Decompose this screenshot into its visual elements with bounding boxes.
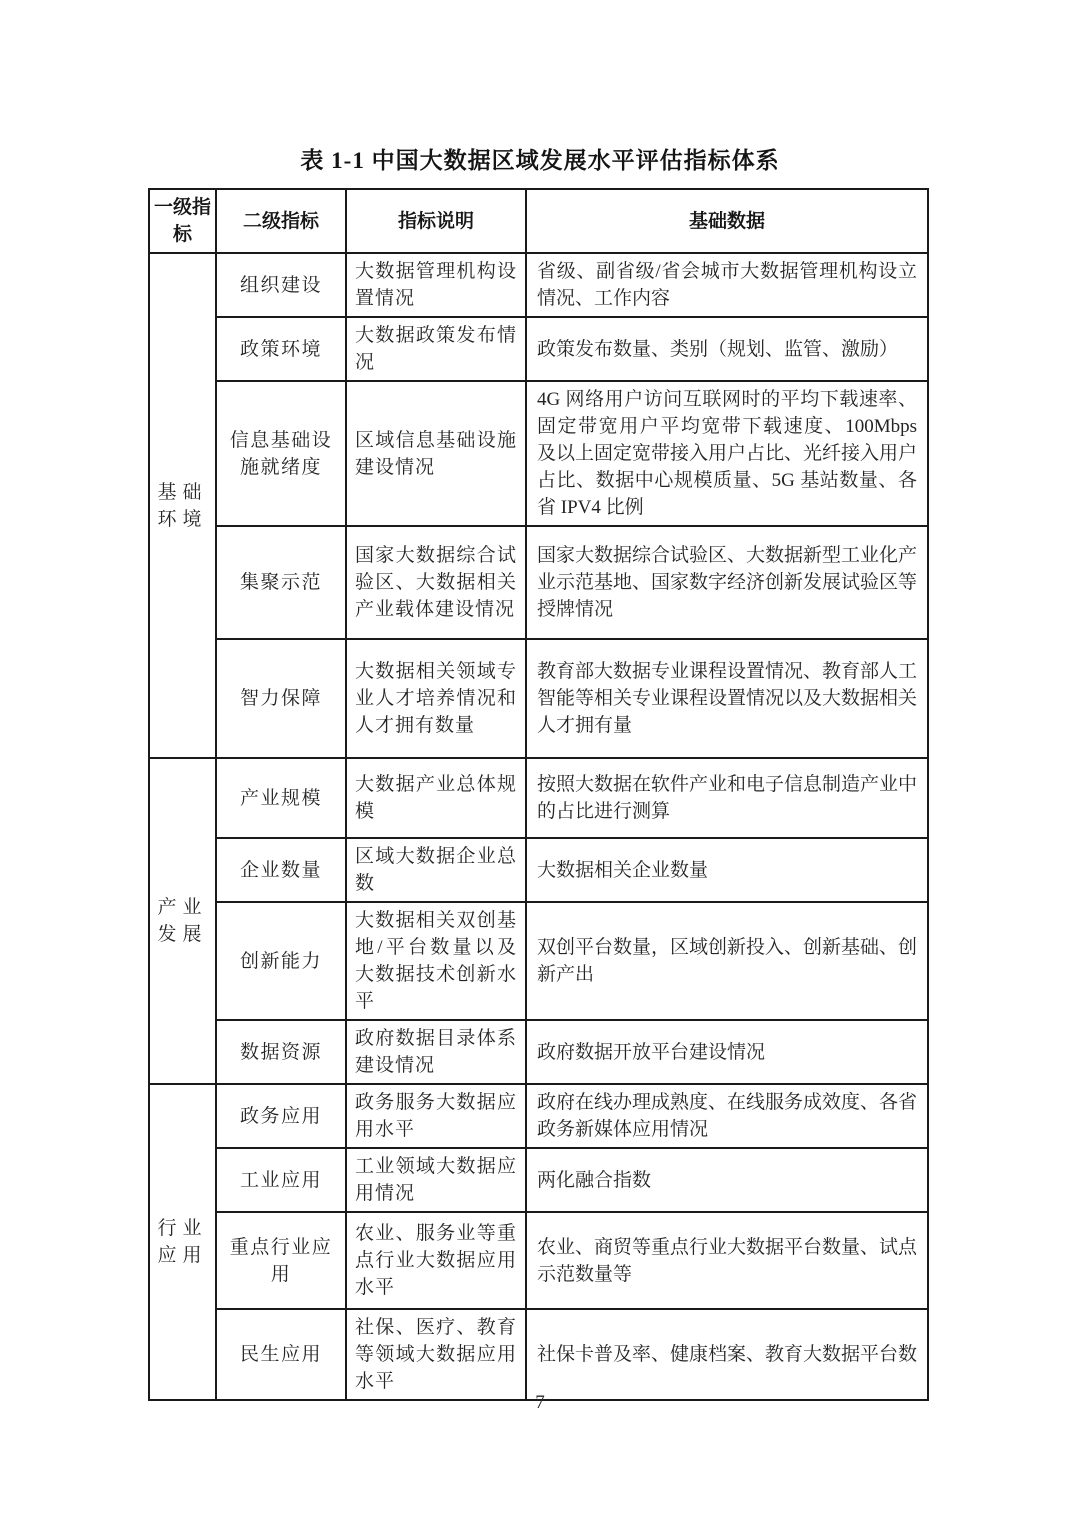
column-header-level1: 一级指标 bbox=[149, 189, 216, 253]
basic-data-cell: 政府在线办理成熟度、在线服务成效度、各省政务新媒体应用情况 bbox=[526, 1084, 928, 1148]
basic-data-cell: 省级、副省级/省会城市大数据管理机构设立情况、工作内容 bbox=[526, 253, 928, 317]
level2-indicator-cell: 政策环境 bbox=[216, 317, 346, 381]
table-row: 行业应用政务应用政务服务大数据应用水平政府在线办理成熟度、在线服务成效度、各省政… bbox=[149, 1084, 928, 1148]
table-row: 产业发展产业规模大数据产业总体规模按照大数据在软件产业和电子信息制造产业中的占比… bbox=[149, 758, 928, 838]
table-row: 数据资源政府数据目录体系建设情况政府数据开放平台建设情况 bbox=[149, 1020, 928, 1084]
indicator-table: 一级指标 二级指标 指标说明 基础数据 基础环境组织建设大数据管理机构设置情况省… bbox=[148, 188, 929, 1401]
level2-indicator-cell: 产业规模 bbox=[216, 758, 346, 838]
table-row: 集聚示范国家大数据综合试验区、大数据相关产业载体建设情况国家大数据综合试验区、大… bbox=[149, 526, 928, 639]
level2-indicator-cell: 数据资源 bbox=[216, 1020, 346, 1084]
table-body: 基础环境组织建设大数据管理机构设置情况省级、副省级/省会城市大数据管理机构设立情… bbox=[149, 253, 928, 1400]
table-row: 工业应用工业领域大数据应用情况两化融合指数 bbox=[149, 1148, 928, 1212]
document-page: { "page": { "title": "表 1-1 中国大数据区域发展水平评… bbox=[0, 0, 1080, 1527]
level1-indicator-cell: 产业发展 bbox=[149, 758, 216, 1084]
level2-indicator-cell: 集聚示范 bbox=[216, 526, 346, 639]
indicator-description-cell: 政府数据目录体系建设情况 bbox=[346, 1020, 526, 1084]
indicator-description-cell: 政务服务大数据应用水平 bbox=[346, 1084, 526, 1148]
column-header-basic-data: 基础数据 bbox=[526, 189, 928, 253]
basic-data-cell: 教育部大数据专业课程设置情况、教育部人工智能等相关专业课程设置情况以及大数据相关… bbox=[526, 639, 928, 758]
table-row: 民生应用社保、医疗、教育等领域大数据应用水平社保卡普及率、健康档案、教育大数据平… bbox=[149, 1309, 928, 1400]
table-row: 智力保障大数据相关领域专业人才培养情况和人才拥有数量教育部大数据专业课程设置情况… bbox=[149, 639, 928, 758]
basic-data-cell: 国家大数据综合试验区、大数据新型工业化产业示范基地、国家数字经济创新发展试验区等… bbox=[526, 526, 928, 639]
table-row: 企业数量区域大数据企业总数大数据相关企业数量 bbox=[149, 838, 928, 902]
basic-data-cell: 4G 网络用户访问互联网时的平均下载速率、固定带宽用户平均宽带下载速度、100M… bbox=[526, 381, 928, 526]
page-number: 7 bbox=[0, 1392, 1080, 1414]
basic-data-cell: 按照大数据在软件产业和电子信息制造产业中的占比进行测算 bbox=[526, 758, 928, 838]
indicator-description-cell: 大数据相关双创基地/平台数量以及大数据技术创新水平 bbox=[346, 902, 526, 1020]
indicator-description-cell: 大数据相关领域专业人才培养情况和人才拥有数量 bbox=[346, 639, 526, 758]
indicator-description-cell: 区域大数据企业总数 bbox=[346, 838, 526, 902]
indicator-description-cell: 工业领域大数据应用情况 bbox=[346, 1148, 526, 1212]
indicator-description-cell: 农业、服务业等重点行业大数据应用水平 bbox=[346, 1212, 526, 1309]
table-row: 创新能力大数据相关双创基地/平台数量以及大数据技术创新水平双创平台数量，区域创新… bbox=[149, 902, 928, 1020]
basic-data-cell: 双创平台数量，区域创新投入、创新基础、创新产出 bbox=[526, 902, 928, 1020]
table-container: 一级指标 二级指标 指标说明 基础数据 基础环境组织建设大数据管理机构设置情况省… bbox=[148, 188, 929, 1401]
basic-data-cell: 两化融合指数 bbox=[526, 1148, 928, 1212]
level2-indicator-cell: 信息基础设施就绪度 bbox=[216, 381, 346, 526]
level1-indicator-cell: 行业应用 bbox=[149, 1084, 216, 1400]
table-row: 政策环境大数据政策发布情况政策发布数量、类别（规划、监管、激励） bbox=[149, 317, 928, 381]
indicator-description-cell: 社保、医疗、教育等领域大数据应用水平 bbox=[346, 1309, 526, 1400]
indicator-description-cell: 大数据产业总体规模 bbox=[346, 758, 526, 838]
column-header-description: 指标说明 bbox=[346, 189, 526, 253]
basic-data-cell: 农业、商贸等重点行业大数据平台数量、试点示范数量等 bbox=[526, 1212, 928, 1309]
level1-indicator-cell: 基础环境 bbox=[149, 253, 216, 758]
level2-indicator-cell: 工业应用 bbox=[216, 1148, 346, 1212]
column-header-level2: 二级指标 bbox=[216, 189, 346, 253]
indicator-description-cell: 大数据管理机构设置情况 bbox=[346, 253, 526, 317]
basic-data-cell: 政策发布数量、类别（规划、监管、激励） bbox=[526, 317, 928, 381]
table-row: 重点行业应用农业、服务业等重点行业大数据应用水平农业、商贸等重点行业大数据平台数… bbox=[149, 1212, 928, 1309]
level2-indicator-cell: 创新能力 bbox=[216, 902, 346, 1020]
level2-indicator-cell: 政务应用 bbox=[216, 1084, 346, 1148]
level2-indicator-cell: 民生应用 bbox=[216, 1309, 346, 1400]
basic-data-cell: 社保卡普及率、健康档案、教育大数据平台数 bbox=[526, 1309, 928, 1400]
level2-indicator-cell: 重点行业应用 bbox=[216, 1212, 346, 1309]
indicator-description-cell: 区域信息基础设施建设情况 bbox=[346, 381, 526, 526]
table-row: 信息基础设施就绪度区域信息基础设施建设情况4G 网络用户访问互联网时的平均下载速… bbox=[149, 381, 928, 526]
table-header-row: 一级指标 二级指标 指标说明 基础数据 bbox=[149, 189, 928, 253]
table-row: 基础环境组织建设大数据管理机构设置情况省级、副省级/省会城市大数据管理机构设立情… bbox=[149, 253, 928, 317]
level2-indicator-cell: 组织建设 bbox=[216, 253, 346, 317]
level2-indicator-cell: 企业数量 bbox=[216, 838, 346, 902]
level2-indicator-cell: 智力保障 bbox=[216, 639, 346, 758]
table-title: 表 1-1 中国大数据区域发展水平评估指标体系 bbox=[0, 142, 1080, 175]
basic-data-cell: 大数据相关企业数量 bbox=[526, 838, 928, 902]
indicator-description-cell: 大数据政策发布情况 bbox=[346, 317, 526, 381]
basic-data-cell: 政府数据开放平台建设情况 bbox=[526, 1020, 928, 1084]
indicator-description-cell: 国家大数据综合试验区、大数据相关产业载体建设情况 bbox=[346, 526, 526, 639]
